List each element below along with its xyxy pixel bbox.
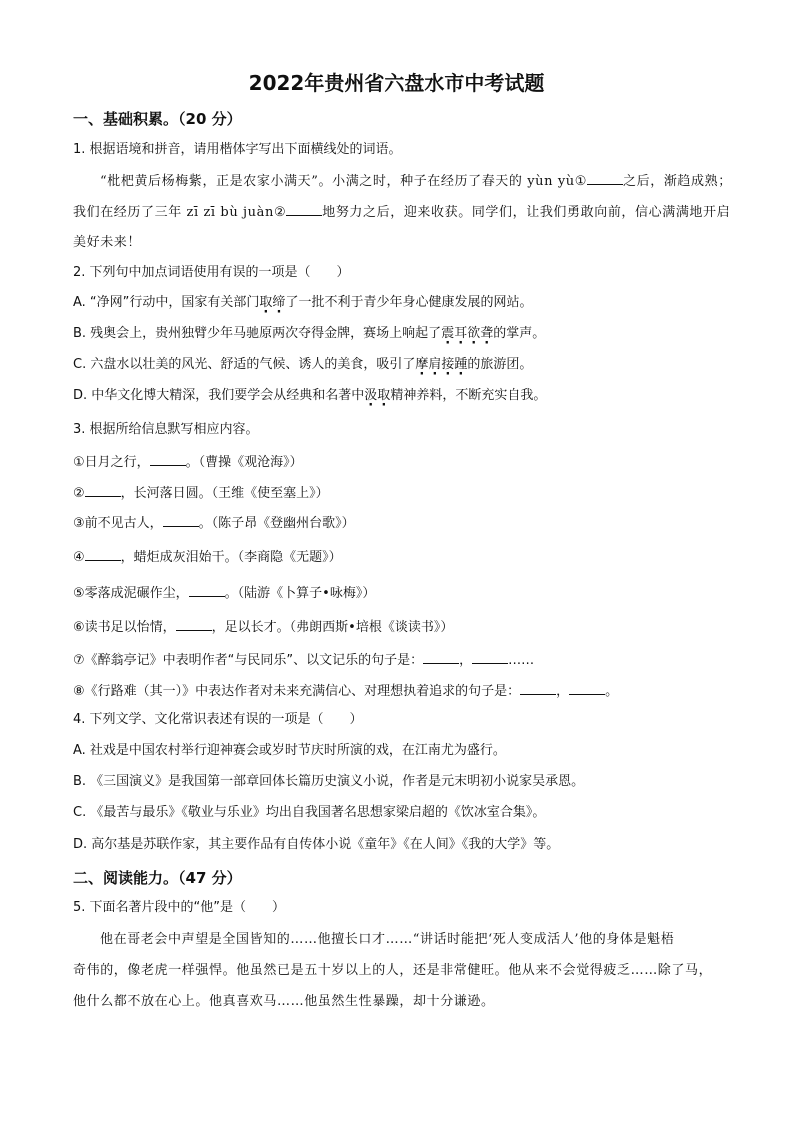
option-text: 的旅游团。 — [467, 357, 532, 372]
question-2-option-c[interactable]: C. 六盘水以壮美的风光、舒适的气候、诱人的美食，吸引了摩肩接踵的旅游团。 — [73, 356, 532, 374]
emphasized-char: 取 — [259, 295, 272, 310]
question-3-item-4: ④，蜡炬成灰泪始干。（李商隐《无题》） — [73, 548, 342, 567]
question-5-passage-line-2: 奇伟的，像老虎一样强悍。他虽然已是五十岁以上的人，还是非常健旺。他从来不会觉得疲… — [73, 962, 712, 980]
section-heading-1: 一、基础积累。（20 分） — [73, 110, 242, 128]
item-text: ⑦《醉翁亭记》中表明作者“与民同乐”、以文记乐的句子是： — [73, 653, 423, 668]
item-text: ， — [556, 684, 569, 699]
answer-blank[interactable] — [423, 651, 459, 664]
passage-text: 之后，渐趋成熟； — [623, 174, 732, 189]
question-5-passage-line-1: 他在哥老会中声望是全国皆知的……他擅长口才……“讲话时能把‘死人变成活人’他的身… — [100, 931, 674, 949]
answer-blank[interactable] — [472, 651, 508, 664]
answer-blank[interactable] — [569, 682, 605, 695]
question-4-option-b[interactable]: B. 《三国演义》是我国第一部章回体长篇历史演义小说，作者是元末明初小说家吴承恩… — [73, 773, 584, 791]
emphasized-char: 肩 — [428, 357, 441, 372]
question-1-passage-line-3: 美好未来！ — [73, 234, 141, 252]
item-text: …… — [508, 653, 534, 668]
option-text: 的掌声。 — [493, 326, 545, 341]
answer-blank-1[interactable] — [587, 172, 623, 185]
emphasized-char: 震 — [441, 326, 454, 341]
item-text: ，足以长才。（弗朗西斯•培根《谈读书》） — [212, 620, 454, 635]
emphasized-char: 聋 — [480, 326, 493, 341]
answer-blank[interactable] — [189, 584, 225, 597]
emphasized-char: 接 — [441, 357, 454, 372]
option-text: A. “净网”行动中，国家有关部门 — [73, 295, 259, 310]
item-text: ⑤零落成泥碾作尘， — [73, 586, 189, 601]
option-text: C. 六盘水以壮美的风光、舒适的气候、诱人的美食，吸引了 — [73, 357, 415, 372]
answer-blank[interactable] — [520, 682, 556, 695]
option-text: D. 中华文化博大精深，我们要学会从经典和名著中 — [73, 388, 364, 403]
question-1-prompt: 1. 根据语境和拼音，请用楷体字写出下面横线处的词语。 — [73, 141, 402, 159]
item-text: 。（陆游《卜算子•咏梅》） — [225, 586, 376, 601]
question-4-prompt: 4. 下列文学、文化常识表述有误的一项是（ ） — [73, 711, 363, 729]
item-text: 。（陈子昂《登幽州台歌》） — [199, 516, 355, 531]
question-5-prompt: 5. 下面名著片段中的“他”是（ ） — [73, 899, 285, 917]
question-4-option-a[interactable]: A. 社戏是中国农村举行迎神赛会或岁时节庆时所演的戏，在江南尤为盛行。 — [73, 742, 506, 760]
question-3-item-7: ⑦《醉翁亭记》中表明作者“与民同乐”、以文记乐的句子是：，…… — [73, 651, 534, 670]
emphasized-char: 汲 — [364, 388, 377, 403]
option-text: 精神养料，不断充实自我。 — [390, 388, 546, 403]
item-text: ⑧《行路难（其一）》中表达作者对未来充满信心、对理想执着追求的句子是： — [73, 684, 520, 699]
emphasized-char: 摩 — [415, 357, 428, 372]
emphasized-char: 踵 — [454, 357, 467, 372]
question-4-option-d[interactable]: D. 高尔基是苏联作家，其主要作品有自传体小说《童年》《在人间》《我的大学》等。 — [73, 836, 559, 854]
item-text: ⑥读书足以怡情， — [73, 620, 176, 635]
item-text: ，蜡炬成灰泪始干。（李商隐《无题》） — [121, 550, 342, 565]
item-text: ② — [73, 486, 85, 501]
answer-blank-2[interactable] — [286, 203, 322, 216]
item-text: 。（曹操《观沧海》） — [186, 455, 303, 470]
question-3-item-5: ⑤零落成泥碾作尘，。（陆游《卜算子•咏梅》） — [73, 584, 375, 603]
question-2-option-a[interactable]: A. “净网”行动中，国家有关部门取缔了一批不利于青少年身心健康发展的网站。 — [73, 294, 532, 312]
item-text: ③前不见古人， — [73, 516, 163, 531]
item-text: ①日月之行， — [73, 455, 150, 470]
page-title: 2022年贵州省六盘水市中考试题 — [0, 70, 793, 96]
answer-blank[interactable] — [150, 453, 186, 466]
emphasized-char: 欲 — [467, 326, 480, 341]
emphasized-char: 耳 — [454, 326, 467, 341]
item-text: ④ — [73, 550, 85, 565]
question-5-passage-line-3: 他什么都不放在心上。他真喜欢马……他虽然生性暴躁，却十分谦逊。 — [73, 993, 495, 1011]
question-3-item-8: ⑧《行路难（其一）》中表达作者对未来充满信心、对理想执着追求的句子是：，。 — [73, 682, 618, 701]
section-heading-2: 二、阅读能力。（47 分） — [73, 869, 242, 887]
emphasized-char: 缔 — [272, 295, 285, 310]
answer-blank[interactable] — [163, 514, 199, 527]
question-3-item-2: ②，长河落日圆。（王维《使至塞上》） — [73, 484, 329, 503]
question-2-prompt: 2. 下列句中加点词语使用有误的一项是（ ） — [73, 264, 350, 282]
item-text: 。 — [605, 684, 618, 699]
question-3-prompt: 3. 根据所给信息默写相应内容。 — [73, 421, 259, 439]
passage-text: 地努力之后，迎来收获。同学们，让我们勇敢向前，信心满满地开启 — [322, 205, 730, 220]
answer-blank[interactable] — [85, 484, 121, 497]
passage-text: “枇杷黄后杨梅紫，正是农家小满天”。小满之时，种子在经历了春天的 yùn yù① — [100, 174, 587, 189]
passage-text: 我们在经历了三年 zī zī bù juàn② — [73, 205, 286, 220]
emphasized-char: 取 — [377, 388, 390, 403]
answer-blank[interactable] — [85, 548, 121, 561]
option-text: 了一批不利于青少年身心健康发展的网站。 — [285, 295, 532, 310]
question-2-option-d[interactable]: D. 中华文化博大精深，我们要学会从经典和名著中汲取精神养料，不断充实自我。 — [73, 387, 546, 405]
option-text: B. 残奥会上，贵州独臂少年马驰原两次夺得金牌，赛场上响起了 — [73, 326, 441, 341]
answer-blank[interactable] — [176, 618, 212, 631]
question-4-option-c[interactable]: C. 《最苦与最乐》《敬业与乐业》均出自我国著名思想家梁启超的《饮冰室合集》。 — [73, 804, 545, 822]
question-3-item-1: ①日月之行，。（曹操《观沧海》） — [73, 453, 303, 472]
question-3-item-3: ③前不见古人，。（陈子昂《登幽州台歌》） — [73, 514, 355, 533]
question-2-option-b[interactable]: B. 残奥会上，贵州独臂少年马驰原两次夺得金牌，赛场上响起了震耳欲聋的掌声。 — [73, 325, 545, 343]
item-text: ， — [459, 653, 472, 668]
question-1-passage-line-1: “枇杷黄后杨梅紫，正是农家小满天”。小满之时，种子在经历了春天的 yùn yù①… — [100, 172, 732, 191]
question-1-passage-line-2: 我们在经历了三年 zī zī bù juàn②地努力之后，迎来收获。同学们，让我… — [73, 203, 730, 222]
question-3-item-6: ⑥读书足以怡情，，足以长才。（弗朗西斯•培根《谈读书》） — [73, 618, 453, 637]
item-text: ，长河落日圆。（王维《使至塞上》） — [121, 486, 329, 501]
